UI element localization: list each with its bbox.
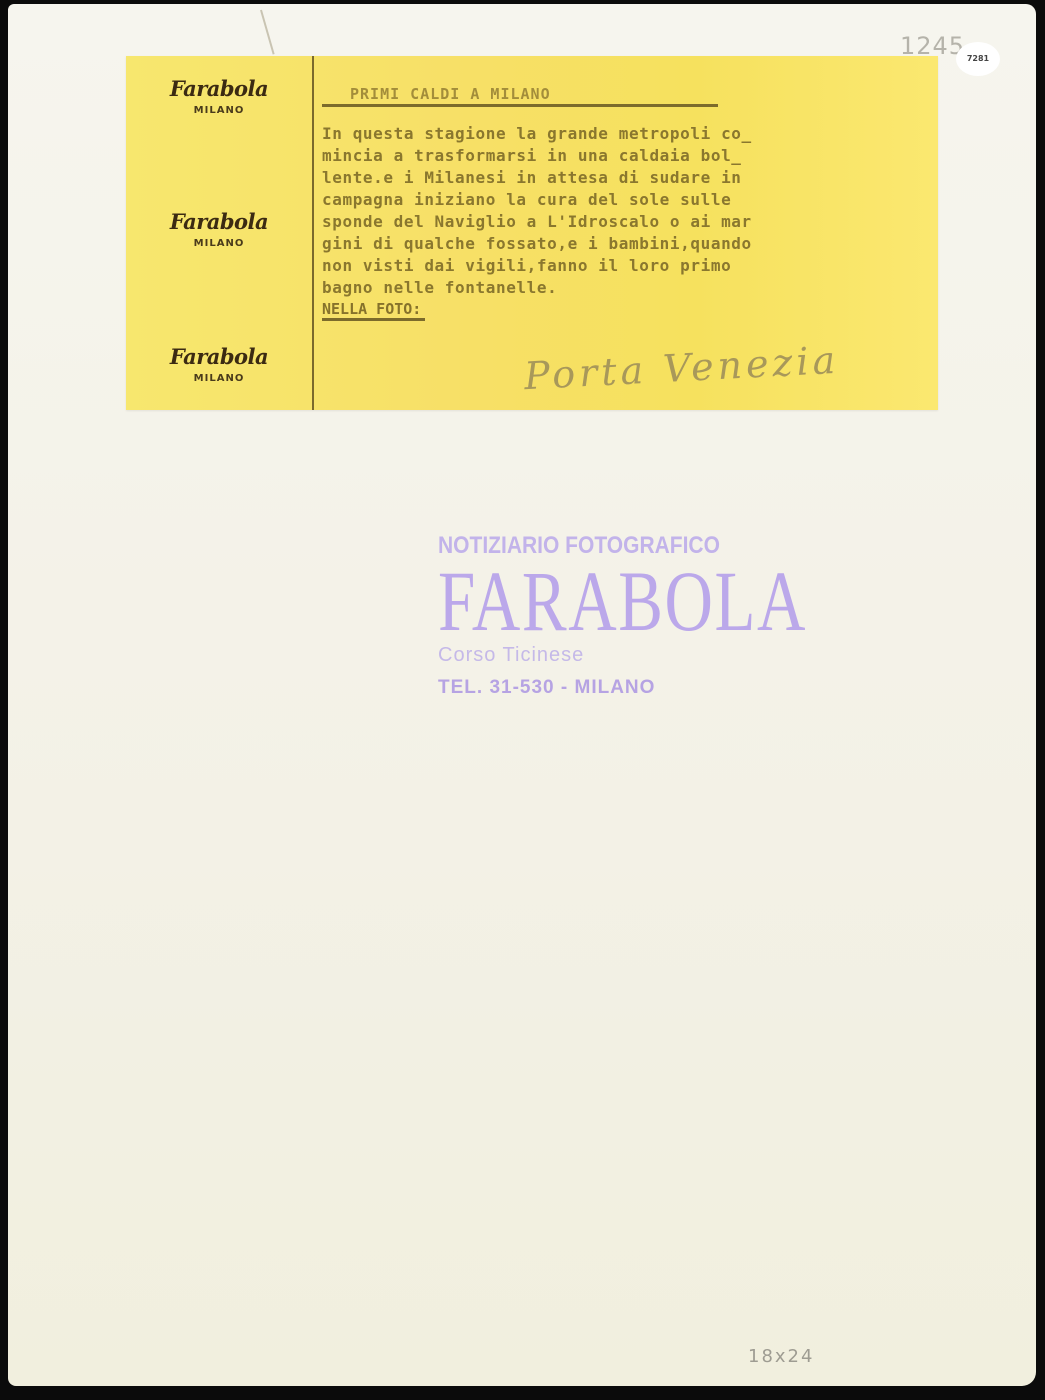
caption-label: Farabola MILANO Farabola MILANO Farabola…: [126, 56, 938, 410]
brand-name: Farabola: [126, 76, 312, 101]
photo-back-sheet: 1245 7281 Farabola MILANO Farabola MILAN…: [8, 4, 1036, 1386]
stamp-agency-name: FARABOLA: [438, 562, 672, 640]
brand-city: MILANO: [126, 105, 312, 116]
caption-title: PRIMI CALDI A MILANO: [322, 85, 718, 107]
brand-logo: Farabola MILANO: [126, 209, 312, 249]
inventory-tag: 7281: [956, 42, 1000, 76]
agency-stamp: NOTIZIARIO FOTOGRAFICO FARABOLA Corso Ti…: [438, 534, 738, 699]
caption-body: In questa stagione la grande metropoli c…: [322, 123, 930, 299]
handwritten-note: Porta Venezia: [523, 338, 840, 398]
brand-name: Farabola: [126, 344, 312, 369]
stamp-phone: TEL. 31-530 - MILANO: [438, 677, 738, 699]
paper-tear: [260, 10, 275, 55]
brand-logo: Farabola MILANO: [126, 76, 312, 116]
nella-foto-heading: NELLA FOTO:: [322, 300, 425, 321]
brand-logo: Farabola MILANO: [126, 344, 312, 384]
brand-name: Farabola: [126, 209, 312, 234]
brand-column: Farabola MILANO Farabola MILANO Farabola…: [126, 56, 314, 410]
brand-city: MILANO: [126, 373, 312, 384]
caption-text-column: PRIMI CALDI A MILANO In questa stagione …: [322, 84, 930, 321]
print-size-note: 18x24: [748, 1346, 814, 1367]
brand-city: MILANO: [126, 238, 312, 249]
